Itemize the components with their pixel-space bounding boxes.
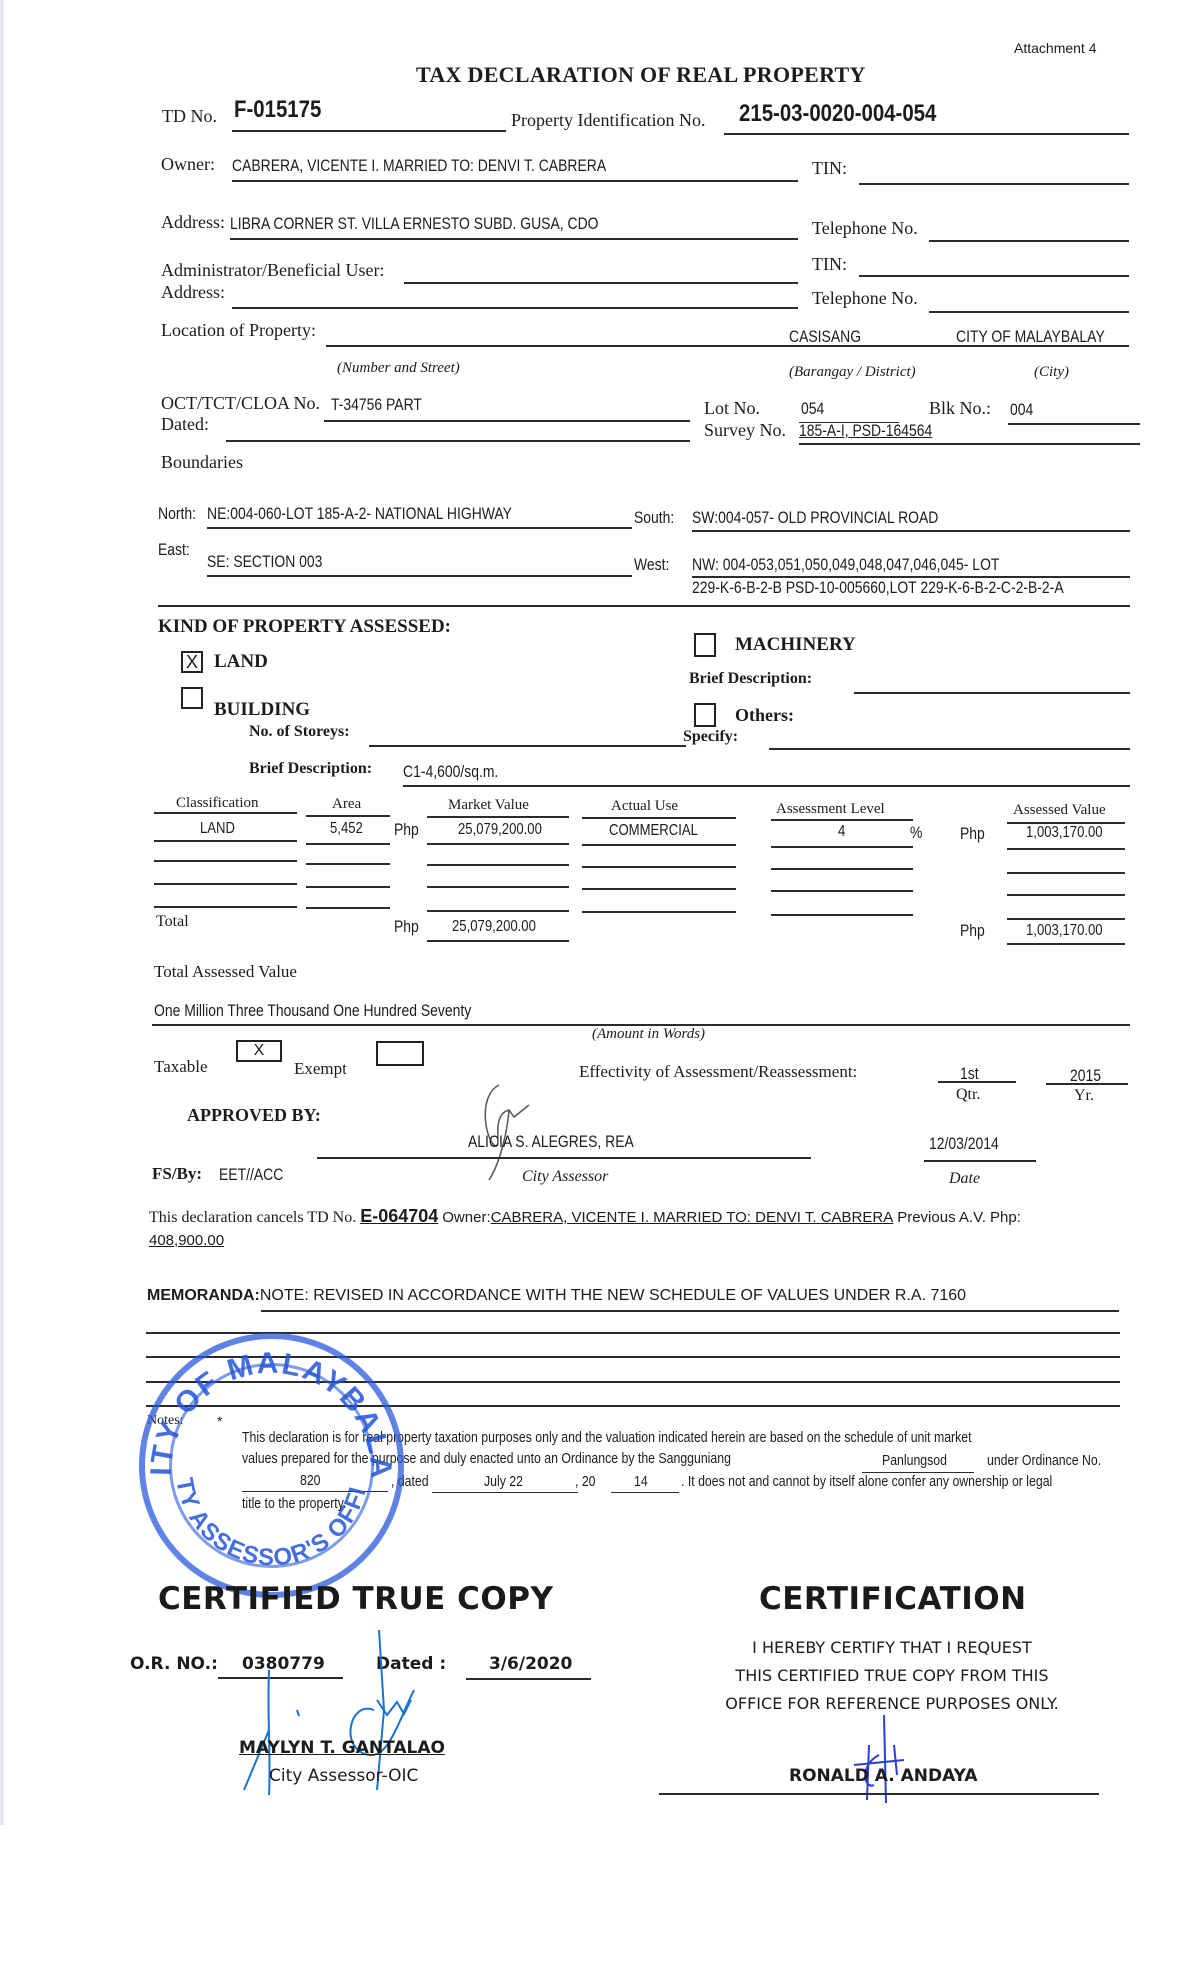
pin-underline: [724, 133, 1129, 135]
memoranda-underline-1: [261, 1310, 1119, 1312]
tax-declaration-document: Attachment 4 TAX DECLARATION OF REAL PRO…: [0, 0, 1200, 1825]
survey-value: 185-A-I, PSD-164564: [799, 421, 932, 441]
taxable-checkbox[interactable]: X: [236, 1040, 282, 1062]
certification-line-2: THIS CERTIFIED TRUE COPY FROM THIS: [622, 1666, 1162, 1685]
ordinance-date-underline: [432, 1492, 578, 1493]
row-rule: [771, 868, 913, 870]
row-rule: [154, 883, 297, 885]
notes-line-3: . It does not and cannot by itself alone…: [681, 1473, 1052, 1490]
header-rule: [427, 816, 569, 818]
specify-label: Specify:: [683, 728, 738, 746]
boundaries-label: Boundaries: [161, 452, 243, 473]
ordinance-year-prefix: , 20: [575, 1473, 596, 1490]
total-assessed-currency: Php: [960, 921, 985, 941]
assessor-caption: City Assessor: [522, 1168, 608, 1186]
row-currency: Php: [394, 820, 419, 840]
owner-value: CABRERA, VICENTE I. MARRIED TO: DENVI T.…: [232, 156, 606, 176]
boundaries-separator: [158, 605, 1130, 607]
td-no-underline: [232, 130, 506, 132]
assessor-name: ALICIA S. ALEGRES, REA: [468, 1132, 634, 1152]
header-rule: [306, 815, 390, 817]
ordinance-date: July 22: [484, 1473, 523, 1490]
administrator-tin-field: [859, 275, 1129, 277]
row-rule: [1007, 918, 1125, 920]
row-rule: [154, 906, 297, 908]
stamp-text-ring: CITY OF MALAYBALAY CITY ASSESSOR'S OFFIC…: [139, 1333, 404, 1598]
andaya-name: RONALD A. ANDAYA: [789, 1766, 978, 1786]
others-label: Others:: [735, 705, 794, 726]
row-assessed-currency: Php: [960, 824, 985, 844]
owner-address-value: LIBRA CORNER ST. VILLA ERNESTO SUBD. GUS…: [230, 214, 598, 234]
approval-date: 12/03/2014: [929, 1134, 999, 1154]
machinery-brief-label: Brief Description:: [689, 670, 812, 688]
administrator-field: [404, 282, 798, 284]
row-rule: [582, 888, 736, 890]
assessor-underline: [317, 1157, 811, 1159]
east-label: East:: [158, 540, 190, 560]
certified-true-copy-heading: CERTIFIED TRUE COPY: [158, 1581, 553, 1617]
barangay-caption: (Barangay / District): [789, 364, 916, 381]
sangguniang-value: Panlungsod: [882, 1452, 947, 1469]
owner-underline: [232, 180, 798, 182]
lot-label: Lot No.: [704, 398, 760, 419]
effectivity-label: Effectivity of Assessment/Reassessment:: [579, 1062, 857, 1082]
total-market-value: 25,079,200.00: [452, 918, 536, 936]
north-label: North:: [158, 504, 196, 524]
cancelled-td-no: E-064704: [360, 1206, 438, 1226]
administrator-telephone-field: [929, 311, 1129, 313]
owner-address-underline: [230, 238, 798, 240]
south-value: SW:004-057- OLD PROVINCIAL ROAD: [692, 508, 938, 528]
td-no-value: F-015175: [234, 96, 321, 124]
blk-label: Blk No.:: [929, 398, 991, 419]
date-caption: Date: [949, 1170, 980, 1188]
row-rule: [582, 866, 736, 868]
land-checkbox[interactable]: X: [181, 651, 203, 673]
row-market-value: 25,079,200.00: [458, 821, 542, 839]
previous-av-label: Previous A.V. Php:: [897, 1209, 1021, 1226]
percent-sign: %: [910, 823, 922, 843]
owner-tin-label: TIN:: [812, 158, 847, 179]
cancelled-owner: CABRERA, VICENTE I. MARRIED TO: DENVI T.…: [491, 1209, 894, 1226]
col-actual-use: Actual Use: [611, 798, 678, 815]
south-label: South:: [634, 508, 674, 528]
east-underline: [207, 575, 632, 577]
col-classification: Classification: [176, 795, 259, 812]
brief-description-value: C1-4,600/sq.m.: [403, 762, 498, 782]
row-classification: LAND: [200, 820, 235, 838]
header-rule: [154, 812, 297, 814]
row-rule: [1007, 848, 1125, 850]
oic-name: MAYLYN T. GANTALAO: [239, 1738, 445, 1758]
row-rule: [306, 907, 390, 909]
brief-description-label: Brief Description:: [249, 760, 372, 778]
administrator-telephone-label: Telephone No.: [812, 288, 918, 309]
approval-date-underline: [924, 1160, 1036, 1162]
blk-underline: [1008, 423, 1140, 425]
west-value-line1: NW: 004-053,051,050,049,048,047,046,045-…: [692, 555, 999, 575]
row-rule: [1007, 872, 1125, 874]
quarter-caption: Qtr.: [956, 1086, 980, 1104]
fs-by-value: EET//ACC: [219, 1165, 283, 1185]
north-value: NE:004-060-LOT 185-A-2- NATIONAL HIGHWAY: [207, 504, 512, 524]
ordinance-label: under Ordinance No.: [987, 1452, 1101, 1469]
cancels-line: This declaration cancels TD No. E-064704…: [149, 1206, 1021, 1227]
cert-dated-value: 3/6/2020: [489, 1654, 572, 1674]
oct-underline: [324, 420, 690, 422]
survey-label: Survey No.: [704, 420, 786, 441]
header-rule: [771, 819, 913, 821]
col-assessed-value: Assessed Value: [1013, 802, 1106, 819]
total-currency: Php: [394, 917, 419, 937]
owner-address-label: Address:: [161, 212, 225, 233]
specify-field: [769, 748, 1130, 750]
document-title: TAX DECLARATION OF REAL PROPERTY: [416, 62, 866, 88]
exempt-label: Exempt: [294, 1059, 347, 1079]
ordinance-year-underline: [611, 1492, 679, 1493]
cancels-prefix: This declaration cancels TD No.: [149, 1209, 356, 1226]
building-checkbox[interactable]: [181, 687, 203, 709]
row-rule: [582, 911, 736, 913]
machinery-checkbox[interactable]: [694, 633, 716, 657]
total-assessed-underline: [1007, 943, 1125, 945]
row-rule: [582, 844, 736, 846]
north-underline: [207, 527, 632, 529]
row-assessment-level: 4: [838, 823, 845, 841]
fs-by-label: FS/By:: [152, 1164, 202, 1184]
others-checkbox[interactable]: [694, 703, 716, 727]
pin-value: 215-03-0020-004-054: [739, 100, 936, 128]
row-actual-use: COMMERCIAL: [609, 822, 698, 840]
certification-line-1: I HEREBY CERTIFY THAT I REQUEST: [622, 1638, 1162, 1657]
administrator-address-field: [232, 307, 798, 309]
storeys-label: No. of Storeys:: [249, 723, 350, 741]
land-label: LAND: [214, 651, 268, 673]
svg-text:CITY OF MALAYBALAY: CITY OF MALAYBALAY: [139, 1333, 397, 1478]
row-rule: [427, 864, 569, 866]
previous-av-value: 408,900.00: [149, 1232, 224, 1249]
owner-tin-field: [859, 183, 1129, 185]
street-caption: (Number and Street): [337, 360, 460, 377]
row-rule: [427, 886, 569, 888]
col-assessment-level: Assessment Level: [776, 801, 885, 818]
exempt-checkbox[interactable]: [376, 1041, 424, 1066]
machinery-brief-field: [854, 692, 1130, 694]
row-area: 5,452: [330, 820, 363, 838]
total-market-underline: [427, 940, 569, 942]
oct-label: OCT/TCT/CLOA No.: [161, 393, 320, 414]
attachment-label: Attachment 4: [1014, 40, 1097, 56]
row-rule: [306, 843, 390, 845]
west-value-line2: 229-K-6-B-2-B PSD-10-005660,LOT 229-K-6-…: [692, 578, 1064, 598]
ordinance-year: 14: [634, 1473, 648, 1490]
south-underline: [692, 530, 1130, 532]
total-assessed-label: Total Assessed Value: [154, 962, 297, 982]
oic-title: City Assessor-OIC: [269, 1766, 418, 1786]
building-label: BUILDING: [214, 699, 310, 721]
col-area: Area: [332, 796, 361, 813]
survey-underline: [799, 443, 1140, 445]
storeys-field: [369, 745, 686, 747]
location-barangay: CASISANG: [789, 327, 861, 347]
location-label: Location of Property:: [161, 320, 316, 341]
amount-in-words: One Million Three Thousand One Hundred S…: [154, 1001, 471, 1021]
machinery-label: MACHINERY: [735, 634, 856, 656]
administrator-tin-label: TIN:: [812, 254, 847, 275]
row-rule: [154, 860, 297, 862]
city-caption: (City): [1034, 364, 1069, 381]
administrator-label: Administrator/Beneficial User:: [161, 260, 384, 281]
memoranda-line: MEMORANDA:NOTE: REVISED IN ACCORDANCE WI…: [147, 1287, 966, 1305]
taxable-label: Taxable: [154, 1057, 208, 1077]
cert-dated-underline: [466, 1678, 591, 1680]
row-rule: [1007, 894, 1125, 896]
pin-label: Property Identification No.: [511, 110, 705, 131]
year-underline: [1046, 1083, 1128, 1085]
owner-label: Owner:: [161, 154, 215, 175]
administrator-address-label: Address:: [161, 282, 225, 303]
cancelled-owner-label: Owner:: [442, 1209, 490, 1226]
certification-heading: CERTIFICATION: [759, 1581, 1027, 1617]
quarter-underline: [938, 1081, 1016, 1083]
dated-field: [226, 440, 690, 442]
row-rule: [771, 890, 913, 892]
dated-label: Dated:: [161, 414, 209, 435]
approved-by-label: APPROVED BY:: [187, 1105, 321, 1126]
memoranda-text: NOTE: REVISED IN ACCORDANCE WITH THE NEW…: [260, 1287, 966, 1304]
location-city: CITY OF MALAYBALAY: [956, 327, 1105, 347]
row-rule: [306, 886, 390, 888]
row-rule: [771, 846, 913, 848]
east-value: SE: SECTION 003: [207, 552, 322, 572]
certification-line-3: OFFICE FOR REFERENCE PURPOSES ONLY.: [622, 1694, 1162, 1713]
andaya-underline: [659, 1793, 1099, 1795]
owner-telephone-label: Telephone No.: [812, 218, 918, 239]
total-label: Total: [156, 913, 189, 931]
row-rule: [154, 840, 297, 842]
andaya-signature-icon: [839, 1715, 929, 1805]
memoranda-label: MEMORANDA:: [147, 1287, 260, 1304]
west-label: West:: [634, 555, 669, 575]
row-rule: [771, 914, 913, 916]
row-rule: [427, 910, 569, 912]
year-caption: Yr.: [1074, 1087, 1094, 1105]
header-rule: [582, 817, 736, 819]
td-no-label: TD No.: [162, 106, 217, 127]
row-rule: [427, 843, 569, 845]
row-rule: [306, 863, 390, 865]
brief-description-underline: [403, 785, 1130, 787]
oct-value: T-34756 PART: [331, 395, 422, 415]
blk-value: 004: [1010, 400, 1033, 420]
amount-in-words-caption: (Amount in Words): [592, 1026, 705, 1043]
owner-telephone-field: [929, 240, 1129, 242]
row-assessed-value: 1,003,170.00: [1026, 824, 1103, 842]
kind-heading: KIND OF PROPERTY ASSESSED:: [158, 616, 451, 638]
lot-value: 054: [801, 399, 824, 419]
col-market-value: Market Value: [448, 797, 529, 814]
stamp-top-text: CITY OF MALAYBALAY: [139, 1333, 397, 1478]
total-assessed-value: 1,003,170.00: [1026, 922, 1103, 940]
